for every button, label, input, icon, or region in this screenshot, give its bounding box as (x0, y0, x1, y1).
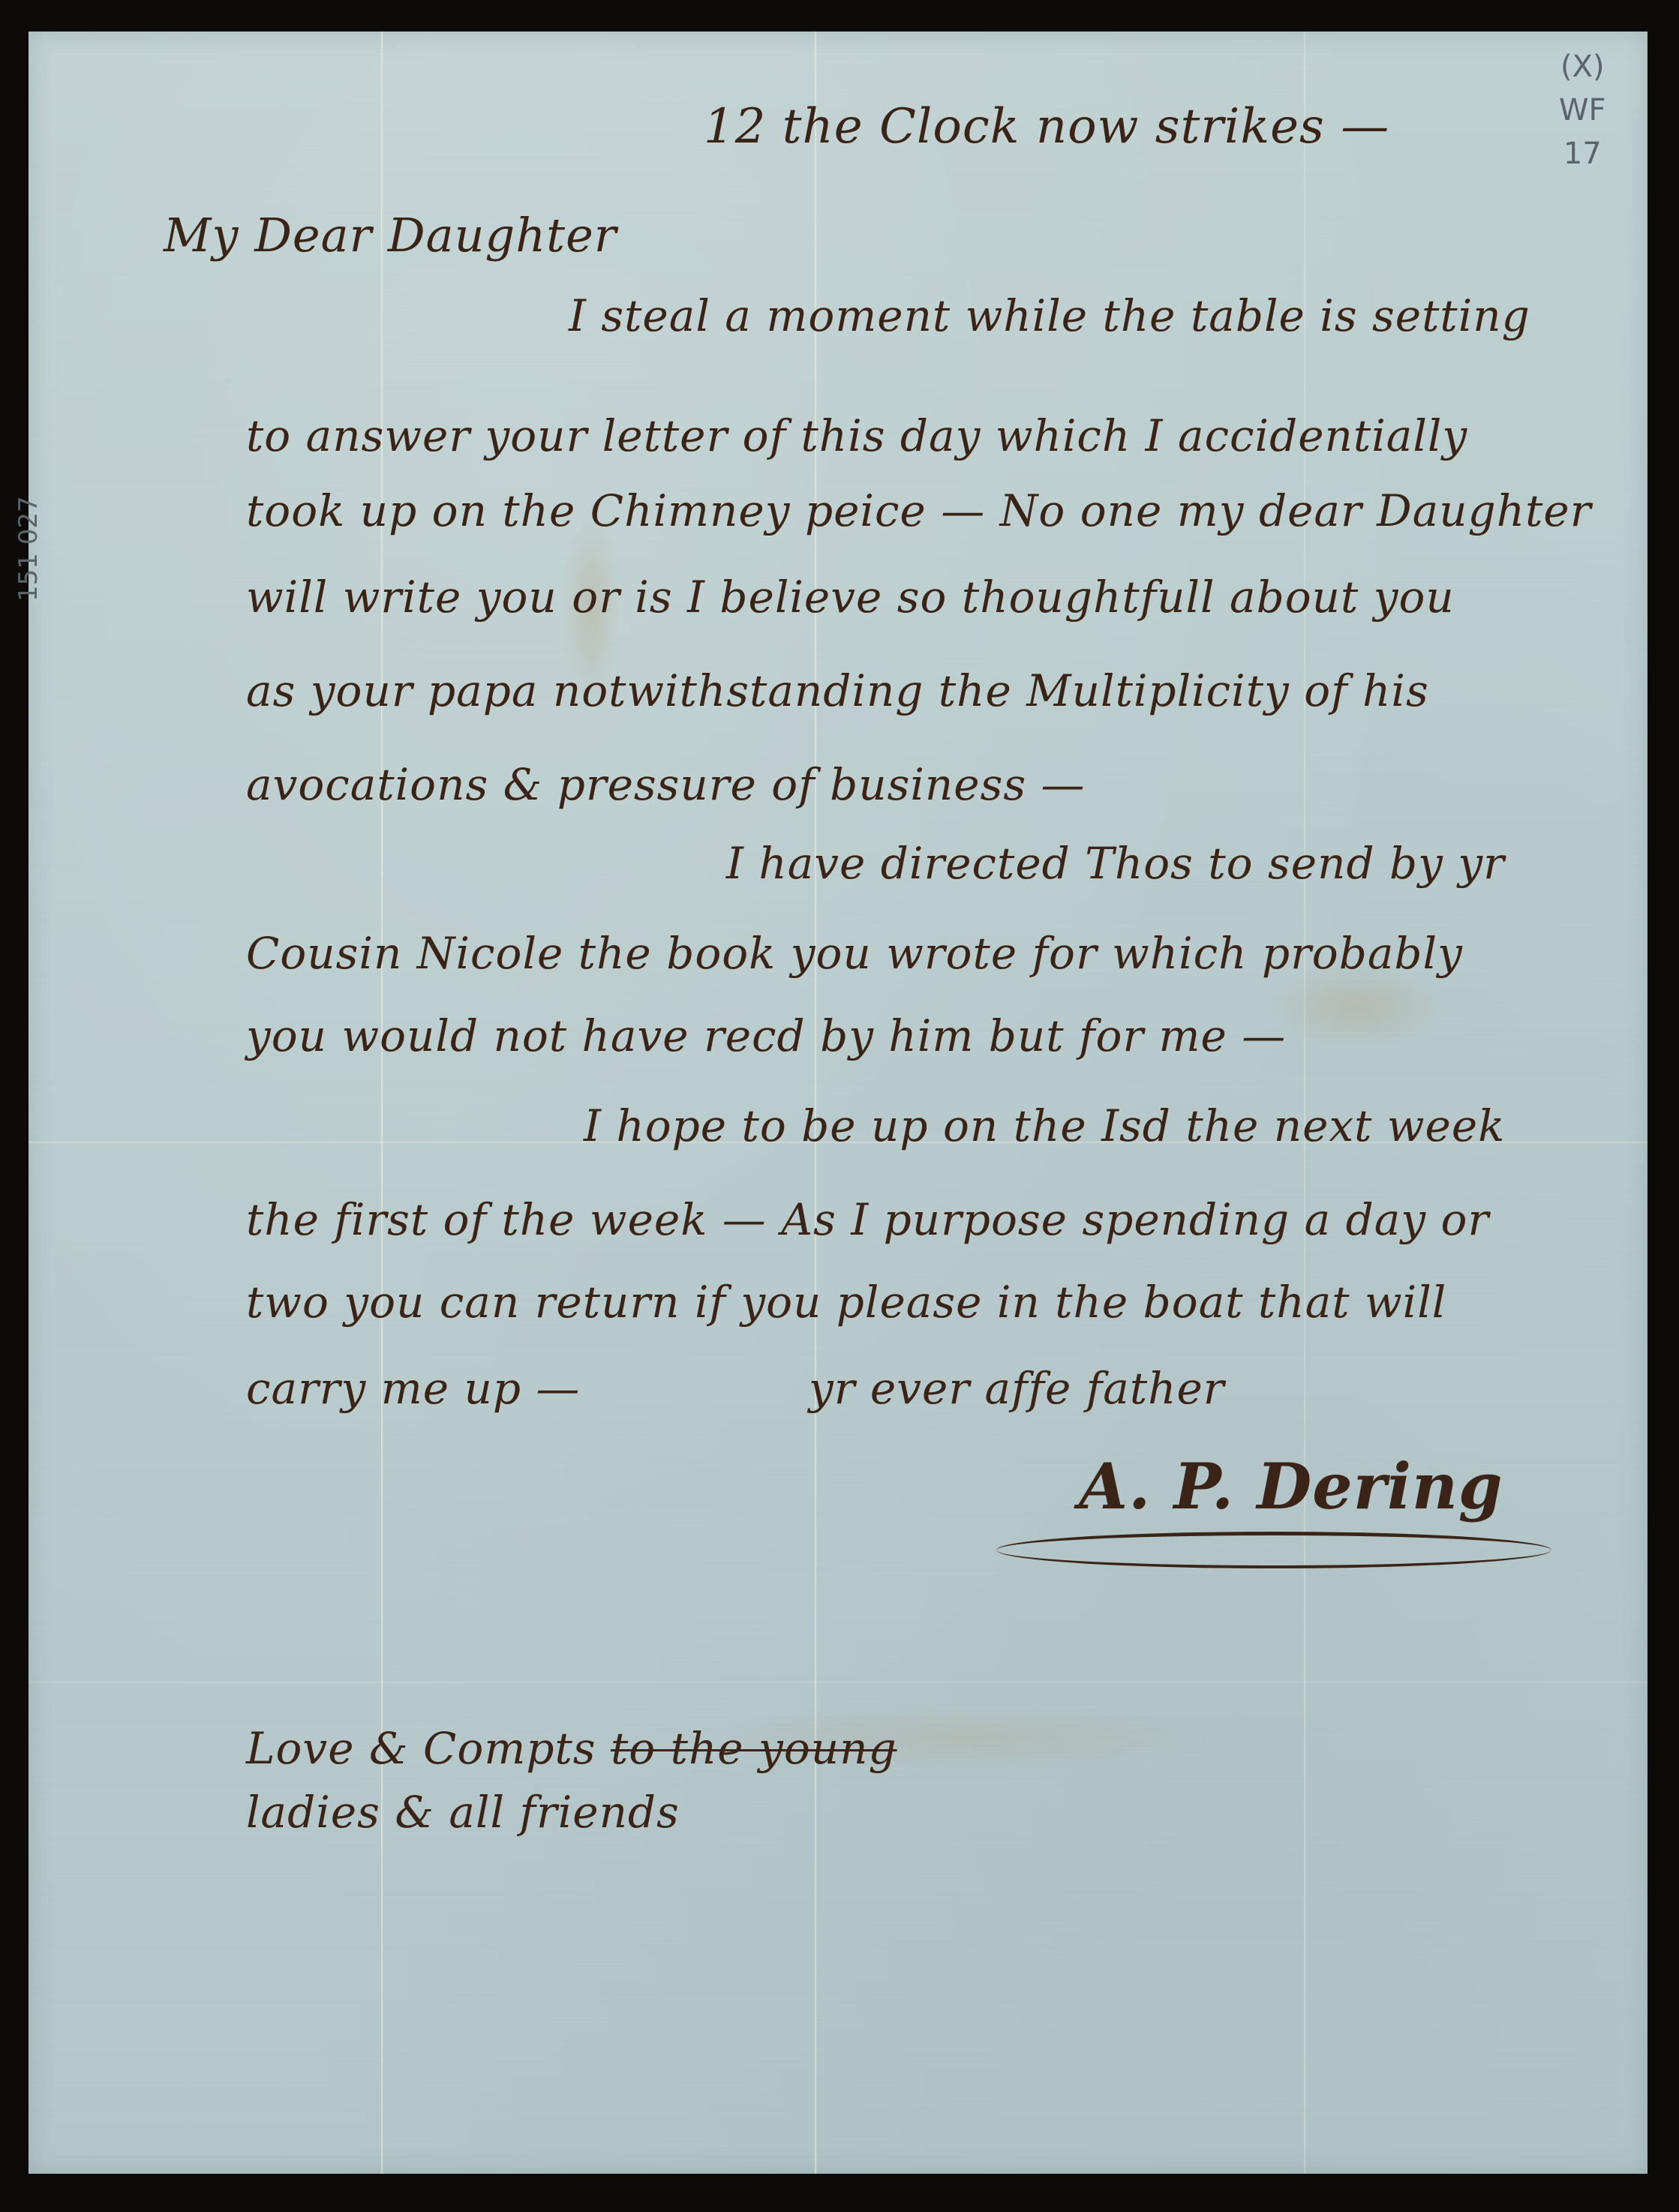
letter-line-7: I have directed Thos to send by yr (726, 838, 1505, 889)
postscript-text: Love & Compts (246, 1723, 596, 1774)
letter-line-11: the first of the week — As I purpose spe… (246, 1194, 1489, 1245)
signature-flourish (996, 1532, 1551, 1568)
postscript-line-2: ladies & all friends (246, 1787, 680, 1838)
letter-line-3: took up on the Chimney peice — No one my… (246, 485, 1591, 536)
letter-line-9: you would not have recd by him but for m… (246, 1010, 1286, 1061)
fold-crease-horizontal (29, 1682, 1647, 1684)
letter-line-4: will write you or is I believe so though… (246, 572, 1455, 623)
fold-crease-vertical (381, 32, 383, 2174)
letter-line-13: carry me up — (246, 1363, 580, 1414)
archival-mark-left-margin: 151 027 (14, 496, 44, 602)
letter-line-6: avocations & pressure of business — (246, 759, 1086, 810)
letter-line-1: I steal a moment while the table is sett… (569, 290, 1530, 341)
archival-mark-top-right: (X) WF 17 (1559, 45, 1606, 176)
letter-line-5: as your papa notwithstanding the Multipl… (246, 665, 1429, 716)
letter-line-8: Cousin Nicole the book you wrote for whi… (246, 928, 1463, 979)
archival-mark-wf: WF (1559, 89, 1606, 132)
letter-sheet: (X) WF 17 151 027 12 the Clock now strik… (29, 32, 1647, 2174)
letter-line-10: I hope to be up on the Isd the next week (584, 1100, 1505, 1151)
letter-line-12: two you can return if you please in the … (246, 1277, 1446, 1328)
header-text: 12 the Clock now strikes — (704, 99, 1389, 155)
postscript-line-1: Love & Compts to the young (246, 1723, 897, 1774)
salutation: My Dear Daughter (164, 208, 617, 263)
signature: A. P. Dering (1079, 1449, 1503, 1523)
closing: yr ever affe father (809, 1363, 1225, 1414)
postscript-struck-text: to the young (611, 1723, 897, 1774)
archival-mark-number: 17 (1559, 132, 1606, 176)
letter-header: 12 the Clock now strikes — (704, 99, 1389, 155)
archival-mark-x: (X) (1559, 45, 1606, 89)
letter-line-2: to answer your letter of this day which … (246, 410, 1467, 461)
